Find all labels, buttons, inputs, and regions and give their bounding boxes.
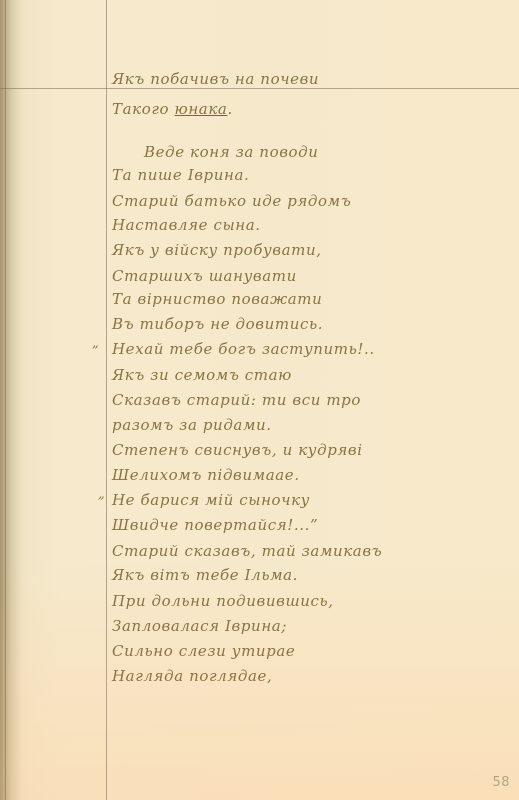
manuscript-page: Якъ побачивъ на почеви Такого юнака. Вед… (0, 0, 519, 800)
text-fragment: Такого (112, 100, 175, 118)
opening-quote-mark: „ (92, 336, 99, 351)
binding-edge (5, 0, 6, 800)
text-line: Старшихъ шанувати (112, 267, 297, 285)
text-line: Якъ у війску пробувати, (112, 241, 322, 259)
text-line: Веде коня за поводи (144, 143, 319, 161)
text-line: Шелихомъ підвимаае. (112, 466, 300, 484)
text-line: Сказавъ старий: ти вси тро (112, 391, 361, 409)
text-line: Старий сказавъ, тай замикавъ (112, 542, 382, 560)
text-line: Въ тиборъ не довитись. (112, 315, 323, 333)
text-line: Степенъ свиснувъ, и кудрявi (112, 441, 363, 459)
page-number: 58 (492, 775, 510, 790)
text-fragment: . (227, 100, 232, 118)
text-line: Та вiрниство поважати (112, 290, 322, 308)
text-line: Нагляда поглядае, (112, 667, 272, 685)
opening-quote-mark: „ (98, 487, 105, 502)
text-line: Сильно слези утирае (112, 642, 295, 660)
text-line: Якъ вiтъ тебе Ільма. (112, 566, 298, 584)
text-line: Такого юнака. (112, 100, 233, 118)
header-rule-horizontal (0, 88, 519, 89)
text-line: Швидче повертайся!...” (112, 516, 318, 534)
text-line: Та пише Іврина. (112, 166, 249, 184)
text-line: Якъ побачивъ на почеви (112, 70, 319, 88)
binding-shadow (0, 0, 22, 800)
text-line: При дольни подивившись, (112, 592, 334, 610)
underlined-word: юнака (175, 100, 228, 118)
margin-rule-vertical (106, 0, 107, 800)
text-line: Нехай тебе богъ заступить!.. (112, 340, 375, 358)
text-line: Запловалася Іврина; (112, 617, 287, 635)
text-line: Старий батько иде рядомъ (112, 192, 351, 210)
text-line: разомъ за ридами. (112, 416, 272, 434)
text-line: Наставляе сына. (112, 216, 261, 234)
text-line: Не барися мiй сыночку (112, 491, 310, 509)
text-line: Якъ зи семомъ стаю (112, 366, 292, 384)
